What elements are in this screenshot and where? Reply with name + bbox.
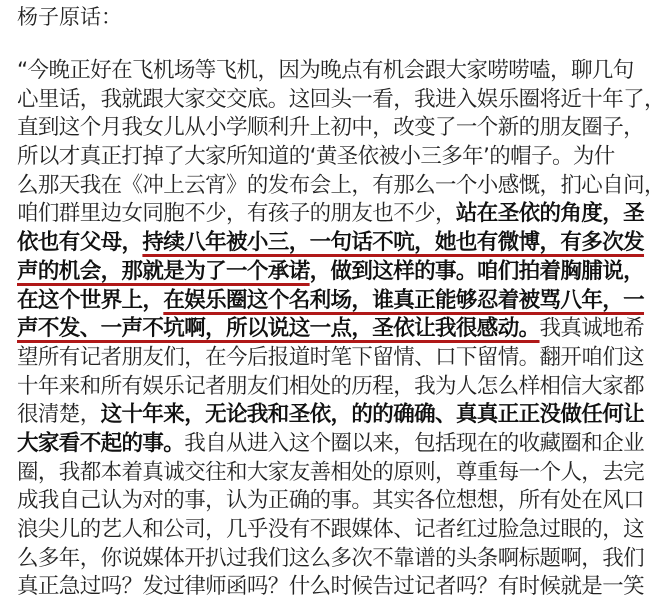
text-segment: 浪尖儿的艺人和公司，几乎没有不跟媒体、记者红过脸急过眼的，这	[17, 517, 644, 542]
quote-paragraph: “今晚正好在飞机场等飞机，因为晚点有机会跟大家唠唠嗑，聊几句心里话，我就跟大家交…	[17, 57, 657, 596]
underlined-emphasis-segment: 在娱乐圈这个名利场，谁真正能够忍着被骂八年，一	[163, 288, 644, 313]
text-line: 很清楚，这十年来，无论我和圣依，的的确确、真真正正没做任何让	[17, 401, 657, 430]
text-segment: 真正急过吗？发过律师函吗？什么时候告过记者吗？有时候就是一笑	[17, 574, 644, 596]
text-line: 大家看不起的事。我自从进入这个圈以来，包括现在的收藏圈和企业	[17, 430, 657, 459]
text-line: 心里话，我就跟大家交交底。这回头一看，我进入娱乐圈将近十年了，	[17, 86, 657, 115]
text-segment: 么多年，你说媒体开扒过我们这么多次不靠谱的头条啊标题啊，我们	[17, 546, 644, 571]
text-segment: 望所有记者朋友们，在今后报道时笔下留情、口下留情。翻开咱们这	[17, 345, 644, 370]
underlined-emphasis-segment: 声的机会，那就是为了一个承诺	[17, 259, 310, 284]
text-segment: 成我自己认为对的事，认为正确的事。其实各位想想，所有处在风口	[17, 488, 644, 513]
text-segment: 直到这个月我女儿从小学顺利升上初中，改变了一个新的朋友圈子，	[17, 115, 644, 140]
text-line: 真正急过吗？发过律师函吗？什么时候告过记者吗？有时候就是一笑	[17, 573, 657, 596]
text-line: 圈，我都本着真诚交往和大家友善相处的原则，尊重每一个人，去完	[17, 459, 657, 488]
document-page: 杨子原话： “今晚正好在飞机场等飞机，因为晚点有机会跟大家唠唠嗑，聊几句心里话，…	[0, 0, 660, 596]
text-segment: 很清楚，	[17, 402, 101, 427]
text-line: 声的机会，那就是为了一个承诺，做到这样的事。咱们拍着胸脯说，	[17, 258, 657, 287]
quote-heading: 杨子原话：	[17, 3, 122, 31]
bold-text-segment: 站在圣依的角度，圣	[456, 201, 644, 226]
bold-text-segment: 依也有父母，	[17, 230, 142, 255]
bold-text-segment: 这十年来，无论我和圣依，的的确确、真真正正没做任何让	[101, 402, 644, 427]
text-segment: 心里话，我就跟大家交交底。这回头一看，我进入娱乐圈将近十年了，	[17, 87, 660, 112]
text-line: 在这个世界上，在娱乐圈这个名利场，谁真正能够忍着被骂八年，一	[17, 287, 657, 316]
text-line: 依也有父母，持续八年被小三，一句话不吭，她也有微博，有多次发	[17, 229, 657, 258]
underlined-emphasis-segment: 声不发、一声不坑啊，所以说这一点，圣依让我很感动。	[17, 316, 540, 341]
bold-text-segment: 在这个世界上，	[17, 288, 163, 313]
text-segment: 十年来和所有娱乐记者朋友们相处的历程，我为人怎么样相信大家都	[17, 374, 644, 399]
text-line: 声不发、一声不坑啊，所以说这一点，圣依让我很感动。我真诚地希	[17, 315, 657, 344]
text-segment: 我真诚地希	[540, 316, 645, 341]
text-line: 所以才真正打掉了大家所知道的‘黄圣依被小三多年’的帽子。为什	[17, 143, 657, 172]
text-segment: 所以才真正打掉了大家所知道的‘黄圣依被小三多年’的帽子。为什	[17, 144, 615, 169]
text-line: 么那天我在《冲上云宵》的发布会上，有那么一个小感慨，扪心自问，	[17, 172, 657, 201]
text-line: 么多年，你说媒体开扒过我们这么多次不靠谱的头条啊标题啊，我们	[17, 545, 657, 574]
text-line: 直到这个月我女儿从小学顺利升上初中，改变了一个新的朋友圈子，	[17, 114, 657, 143]
bold-text-segment: ，做到这样的事。咱们拍着胸脯说，	[310, 259, 644, 284]
text-line: 浪尖儿的艺人和公司，几乎没有不跟媒体、记者红过脸急过眼的，这	[17, 516, 657, 545]
text-line: 成我自己认为对的事，认为正确的事。其实各位想想，所有处在风口	[17, 487, 657, 516]
text-segment: 我自从进入这个圈以来，包括现在的收藏圈和企业	[184, 431, 644, 456]
text-line: 十年来和所有娱乐记者朋友们相处的历程，我为人怎么样相信大家都	[17, 373, 657, 402]
text-segment: 咱们群里边女同胞不少，有孩子的朋友也不少，	[17, 201, 456, 226]
text-line: 咱们群里边女同胞不少，有孩子的朋友也不少，站在圣依的角度，圣	[17, 200, 657, 229]
text-line: “今晚正好在飞机场等飞机，因为晚点有机会跟大家唠唠嗑，聊几句	[17, 57, 657, 86]
bold-text-segment: 大家看不起的事。	[17, 431, 184, 456]
underlined-emphasis-segment: 持续八年被小三，一句话不吭，她也有微博，有多次发	[142, 230, 644, 255]
text-segment: 圈，我都本着真诚交往和大家友善相处的原则，尊重每一个人，去完	[17, 460, 644, 485]
text-segment: “今晚正好在飞机场等飞机，因为晚点有机会跟大家唠唠嗑，聊几句	[17, 58, 634, 83]
text-line: 望所有记者朋友们，在今后报道时笔下留情、口下留情。翻开咱们这	[17, 344, 657, 373]
text-segment: 么那天我在《冲上云宵》的发布会上，有那么一个小感慨，扪心自问，	[17, 173, 660, 198]
